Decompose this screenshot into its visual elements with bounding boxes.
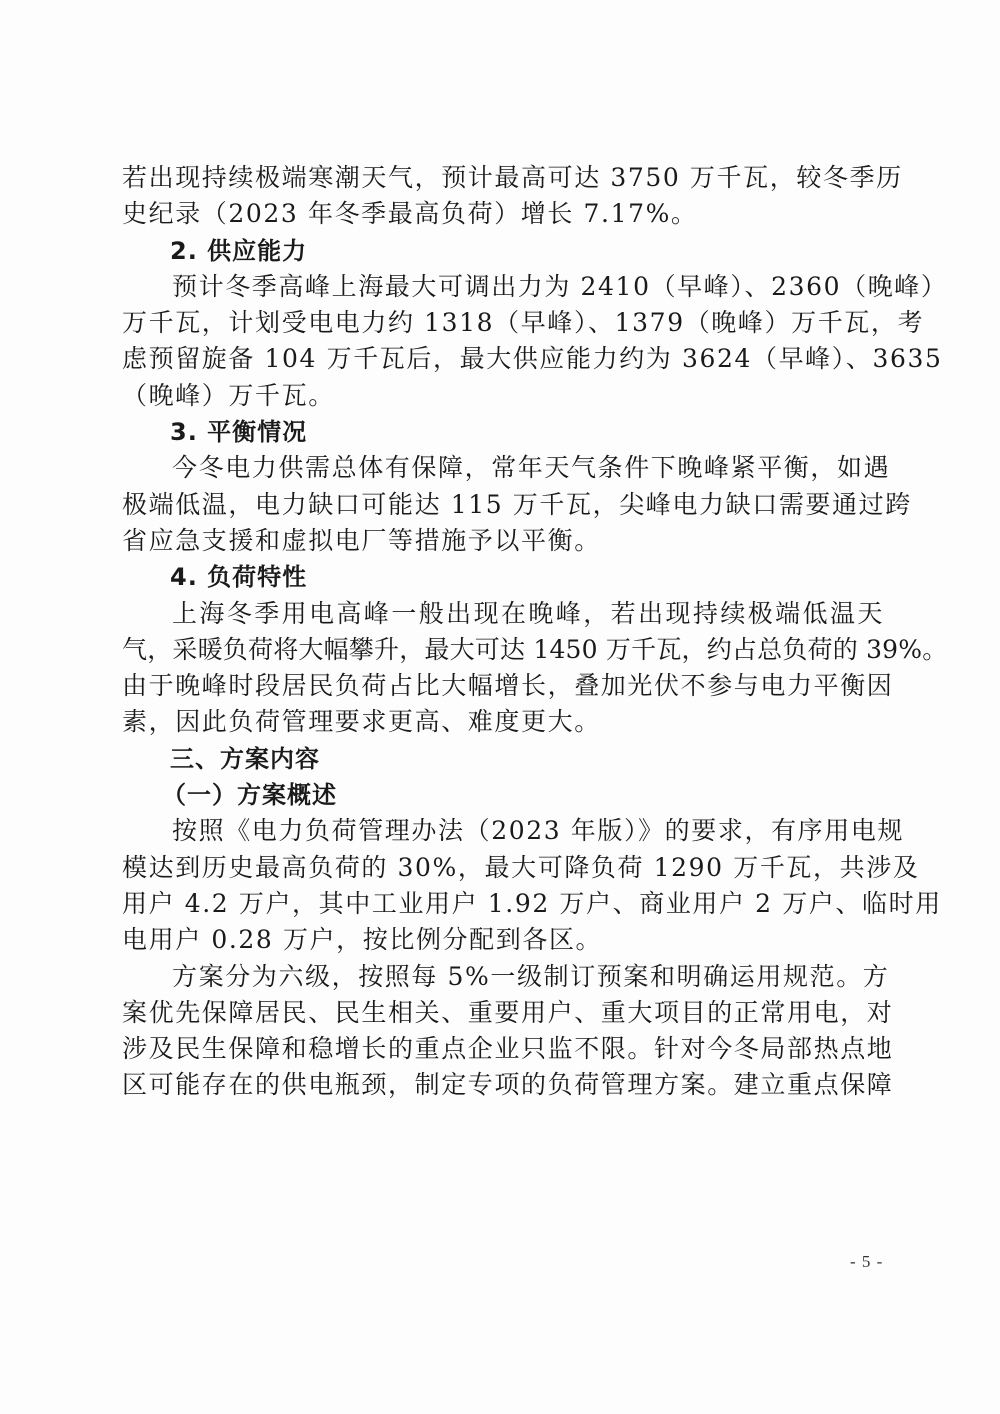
text-line: 虑预留旋备 104 万千瓦后，最大供应能力约为 3624（早峰）、3635 [122, 341, 884, 377]
text-line: 涉及民生保障和稳增长的重点企业只监不限。针对今冬局部热点地 [122, 1031, 884, 1067]
text-line: 省应急支援和虚拟电厂等措施予以平衡。 [122, 523, 884, 559]
text-line: 区可能存在的供电瓶颈，制定专项的负荷管理方案。建立重点保障 [122, 1067, 884, 1103]
page-body: 若出现持续极端寒潮天气，预计最高可达 3750 万千瓦，较冬季历 史纪录（202… [122, 160, 884, 1104]
text-line: 预计冬季高峰上海最大可调出力为 2410（早峰）、2360（晚峰） [122, 269, 884, 305]
text-line: 今冬电力供需总体有保障，常年天气条件下晚峰紧平衡，如遇 [122, 450, 884, 486]
text-line: 电用户 0.28 万户，按比例分配到各区。 [122, 922, 884, 958]
text-line: 用户 4.2 万户，其中工业用户 1.92 万户、商业用户 2 万户、临时用 [122, 886, 884, 922]
text-line: 素，因此负荷管理要求更高、难度更大。 [122, 704, 884, 740]
text-line: 气，采暖负荷将大幅攀升，最大可达 1450 万千瓦，约占总负荷的 39%。 [122, 632, 884, 668]
text-line: 若出现持续极端寒潮天气，预计最高可达 3750 万千瓦，较冬季历 [122, 160, 884, 196]
chapter-heading-plan-content: 三、方案内容 [122, 741, 884, 777]
section-heading-supply-capacity: 2. 供应能力 [122, 233, 884, 269]
text-line: 按照《电力负荷管理办法（2023 年版）》的要求，有序用电规 [122, 813, 884, 849]
text-line: （晚峰）万千瓦。 [122, 378, 884, 414]
section-heading-balance: 3. 平衡情况 [122, 414, 884, 450]
text-line: 万千瓦，计划受电电力约 1318（早峰）、1379（晚峰）万千瓦，考 [122, 305, 884, 341]
text-line: 模达到历史最高负荷的 30%，最大可降负荷 1290 万千瓦，共涉及 [122, 850, 884, 886]
document-page: 若出现持续极端寒潮天气，预计最高可达 3750 万千瓦，较冬季历 史纪录（202… [0, 0, 1000, 1414]
section-heading-load-characteristics: 4. 负荷特性 [122, 559, 884, 595]
subsection-heading-plan-overview: （一）方案概述 [122, 777, 884, 813]
text-line: 案优先保障居民、民生相关、重要用户、重大项目的正常用电，对 [122, 995, 884, 1031]
text-line: 上海冬季用电高峰一般出现在晚峰，若出现持续极端低温天 [122, 596, 884, 632]
text-line: 极端低温，电力缺口可能达 115 万千瓦，尖峰电力缺口需要通过跨 [122, 487, 884, 523]
text-line: 由于晚峰时段居民负荷占比大幅增长，叠加光伏不参与电力平衡因 [122, 668, 884, 704]
page-number: - 5 - [850, 1252, 883, 1272]
text-line: 史纪录（2023 年冬季最高负荷）增长 7.17%。 [122, 196, 884, 232]
text-line: 方案分为六级，按照每 5%一级制订预案和明确运用规范。方 [122, 959, 884, 995]
